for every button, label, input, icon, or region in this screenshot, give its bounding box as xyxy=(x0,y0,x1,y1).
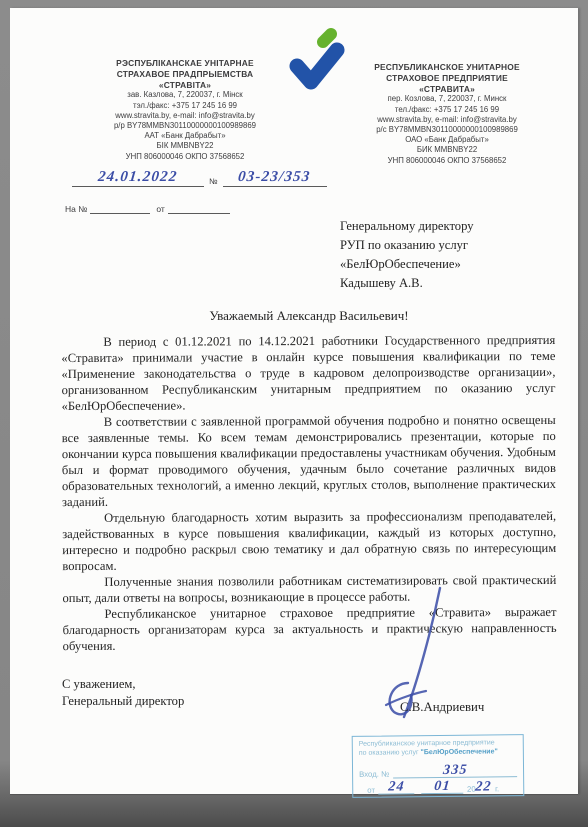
body-paragraph: В период с 01.12.2021 по 14.12.2021 рабо… xyxy=(61,332,555,414)
body-paragraph: Республиканское унитарное страховое пред… xyxy=(62,604,556,654)
company-name-line: «СТРАВИТА» xyxy=(322,84,572,95)
stamp-entry-row: Вход. № 335 xyxy=(359,756,517,779)
handwritten-year: 22 xyxy=(475,781,493,793)
unp-line: УНП 806000046 ОКПО 37568652 xyxy=(322,156,572,166)
handwritten-number: 03-23/353 xyxy=(237,168,311,186)
stamp-date-row: от 24 01 20 22 г. xyxy=(367,777,517,795)
stamp-from-label: от xyxy=(367,786,375,795)
reply-date-blank xyxy=(168,202,230,214)
stamp-day-line: 24 xyxy=(378,781,414,794)
number-field: 03-23/353 xyxy=(223,168,327,187)
company-name-line: «СТРАВІТА» xyxy=(60,80,310,91)
phone-line: тэл./факс: +375 17 245 16 99 xyxy=(60,101,310,111)
recipient-block: Генеральному директору РУП по оказанию у… xyxy=(340,217,550,293)
bank-line: ОАО «Банк Дабрабыт» xyxy=(322,135,572,145)
recipient-title: Генеральному директору xyxy=(340,217,550,236)
web-email-line: www.stravita.by, e-mail: info@stravita.b… xyxy=(60,111,310,121)
handwritten-date: 24.01.2022 xyxy=(97,168,178,186)
stamp-org-prefix: по оказанию услуг xyxy=(359,749,421,757)
unp-line: УНП 806000046 ОКПО 37568652 xyxy=(60,152,310,162)
reply-from-label: от xyxy=(156,204,164,214)
handwritten-entry-number: 335 xyxy=(442,765,468,777)
company-name-line: СТРАХАВОЕ ПРАДПРЫЕМСТВА xyxy=(60,69,310,80)
body-paragraph: Отдельную благодарность хотим выразить з… xyxy=(62,508,556,574)
bank-line: ААТ «Банк Дабрабыт» xyxy=(60,131,310,141)
date-field: 24.01.2022 xyxy=(72,168,204,187)
stamp-year-suffix: г. xyxy=(495,784,499,793)
position-line: Генеральный директор xyxy=(62,693,184,710)
stamp-entry-line: 335 xyxy=(393,764,517,778)
letter-page: РЭСПУБЛІКАНСКАЕ УНІТАРНАЕ СТРАХАВОЕ ПРАД… xyxy=(10,8,578,794)
reply-prefix-label: На № xyxy=(65,204,87,214)
bic-line: БИК MMBNBY22 xyxy=(322,145,572,155)
scanned-letter: РЭСПУБЛІКАНСКАЕ УНІТАРНАЕ СТРАХАВОЕ ПРАД… xyxy=(0,0,588,827)
incoming-stamp: Республиканское унитарное предприятие по… xyxy=(352,734,525,798)
stamp-entry-label: Вход. № xyxy=(359,770,389,779)
letterhead-belarusian: РЭСПУБЛІКАНСКАЕ УНІТАРНАЕ СТРАХАВОЕ ПРАД… xyxy=(60,58,310,162)
recipient-org-line: РУП по оказанию услуг xyxy=(340,236,550,255)
company-name-line: СТРАХОВОЕ ПРЕДПРИЯТИЕ xyxy=(322,73,572,84)
company-name-line: РЕСПУБЛИКАНСКОЕ УНИТАРНОЕ xyxy=(322,62,572,73)
address-line: зав. Казлова, 7, 220037, г. Мінск xyxy=(60,90,310,100)
account-line: р/с BY78MMBN30110000000100989869 xyxy=(322,125,572,135)
stamp-org-line2: по оказанию услуг "БелЮрОбеспечение" xyxy=(359,747,517,758)
recipient-org-name: «БелЮрОбеспечение» xyxy=(340,255,550,274)
web-email-line: www.stravita.by, e-mail: info@stravita.b… xyxy=(322,115,572,125)
salutation: Уважаемый Александр Васильевич! xyxy=(62,308,556,324)
closing-block: С уважением, Генеральный директор xyxy=(62,676,184,710)
regards-line: С уважением, xyxy=(62,676,184,693)
handwritten-day: 24 xyxy=(387,781,405,793)
reply-reference: На № от xyxy=(65,202,230,214)
stamp-month-line: 01 xyxy=(421,781,463,794)
handwritten-month: 01 xyxy=(433,781,451,793)
body-paragraph: Полученные знания позволили работникам с… xyxy=(62,572,556,606)
number-sign: № xyxy=(209,177,218,186)
body-paragraph: В соответствии с заявленной программой о… xyxy=(62,412,556,510)
letterhead-russian: РЕСПУБЛИКАНСКОЕ УНИТАРНОЕ СТРАХОВОЕ ПРЕД… xyxy=(322,62,572,166)
stamp-org-name: "БелЮрОбеспечение" xyxy=(420,748,497,756)
letter-body: В период с 01.12.2021 по 14.12.2021 рабо… xyxy=(61,332,556,654)
phone-line: тел./факс: +375 17 245 16 99 xyxy=(322,105,572,115)
reply-number-blank xyxy=(90,202,150,214)
recipient-person: Кадышеву А.В. xyxy=(340,274,550,293)
signer-name: С.В.Андриевич xyxy=(400,700,484,715)
outgoing-reference: 24.01.2022 № 03-23/353 xyxy=(72,168,327,187)
address-line: пер. Козлова, 7, 220037, г. Минск xyxy=(322,94,572,104)
account-line: р/р BY78MMBN30110000000100989869 xyxy=(60,121,310,131)
bic-line: БІК MMBNBY22 xyxy=(60,141,310,151)
company-name-line: РЭСПУБЛІКАНСКАЕ УНІТАРНАЕ xyxy=(60,58,310,69)
